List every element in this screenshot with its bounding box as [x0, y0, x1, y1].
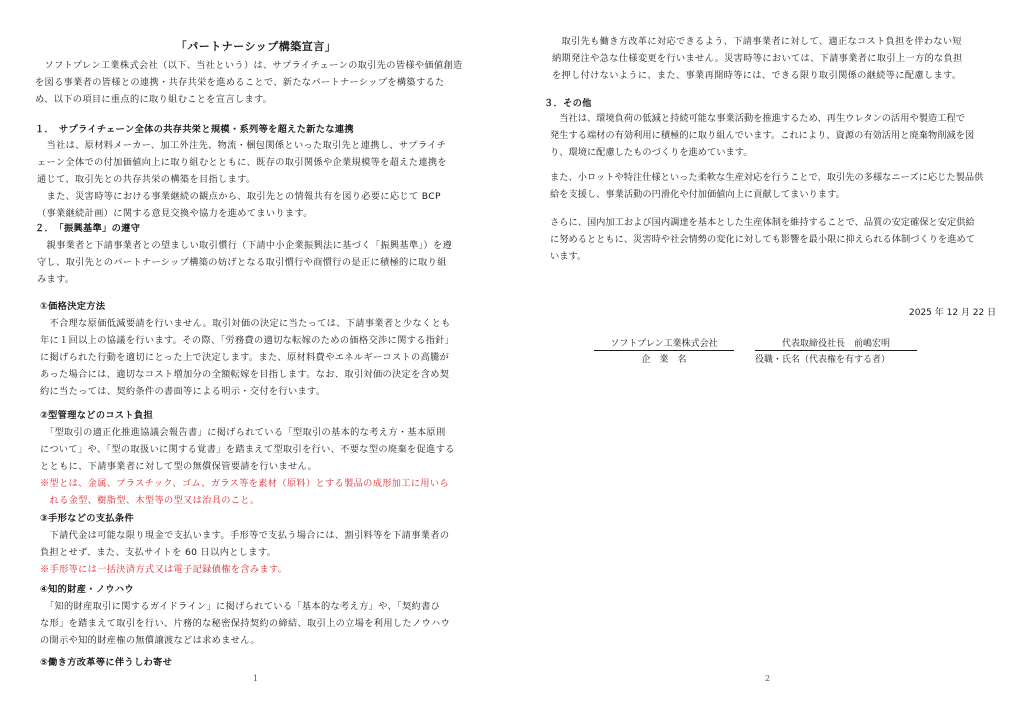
- item-3-heading: ③手形などの支払条件: [40, 510, 134, 527]
- section-2-line: みます。: [37, 271, 74, 288]
- section-2-line: 守し、取引先とのパートナーシップ構築の妨げとなる取引慣行や商慣行の是正に積極的に…: [37, 254, 447, 271]
- section-3-line: います。: [550, 248, 586, 265]
- item-5-line: を押し付けないように、また、事業再開時等には、できる限り取引関係の継続等に配慮し…: [552, 67, 961, 84]
- company-name-label: 企 業 名: [594, 352, 734, 365]
- item-1-line: 約に当たっては、契約条件の書面等による明示・交付を行います。: [40, 383, 325, 400]
- page-number: 1: [253, 674, 258, 683]
- item-2-line: について」や、「型の取扱いに関する覚書」を踏まえて型取引を行い、不要な型の廃棄を…: [40, 441, 455, 458]
- item-2-note: ※型とは、金属、プラスチック、ゴム、ガラス等を素材（原料）とする製品の成形加工に…: [40, 475, 449, 492]
- item-4-line: の開示や知的財産権の無償譲渡などは求めません。: [40, 632, 260, 649]
- section-3-line: に努めるとともに、災害時や社会情勢の変化に対しても影響を最小限に抑えられる体制づ…: [550, 231, 975, 248]
- item-1-line: に掲げられた行動を適切にとった上で決定します。また、原材料費やエネルギーコストの…: [40, 349, 449, 366]
- page-2: 取引先も働き方改革に対応できるよう、下請事業者に対して、適正なコスト負担を伴わな…: [512, 0, 1024, 724]
- declaration-date: 2025 年 12 月 22 日: [909, 305, 996, 318]
- item-1-line: あった場合には、適切なコスト増加分の全額転嫁を目指します。なお、取引対価の決定を…: [40, 366, 449, 383]
- section-1-heading: １． サプライチェーン全体の共存共栄と規模・系列等を超えた新たな連携: [35, 121, 354, 138]
- section-3-line: り、環境に配慮したものづくりを進めています。: [550, 144, 753, 161]
- section-1-line: ェーン全体での付加価値向上に取り組むとともに、既存の取引関係や企業規模等を超えた…: [37, 154, 447, 171]
- item-2-line: とともに、下請事業者に対して型の無償保管要請を行いません。: [40, 458, 317, 475]
- section-3-line: さらに、国内加工および国内調達を基本とした生産体制を維持することで、品質の安定確…: [550, 214, 975, 231]
- section-3-line: また、小ロットや特注仕様といった柔軟な生産対応を行うことで、取引先の多様なニーズ…: [550, 169, 983, 186]
- item-4-heading: ④知的財産・ノウハウ: [40, 581, 134, 598]
- intro-line: ソフトプレン工業株式会社（以下、当社という）は、サプライチェーンの取引先の皆様や…: [35, 57, 463, 74]
- item-4-line: 「知的財産取引に関するガイドライン」に掲げられている「基本的な考え方」や、「契約…: [40, 598, 440, 615]
- section-2-heading: ２． 「振興基準」の遵守: [35, 220, 140, 237]
- section-3-line: 発生する端材の有効利用に積極的に取り組んでいます。これにより、資源の有効活用と廃…: [550, 127, 974, 144]
- intro-line: を図る事業者の皆様との連携・共存共栄を進めることで、新たなパートナーシップを構築…: [35, 74, 445, 91]
- item-2-heading: ②型管理などのコスト負担: [40, 407, 153, 424]
- item-1-heading: ①価格決定方法: [40, 298, 105, 315]
- intro-line: め、以下の項目に重点的に取り組むことを宣言します。: [35, 91, 272, 108]
- section-3-line: 当社は、環境負荷の低減と持続可能な事業活動を推進するため、再生ウレタンの活用や製…: [550, 110, 965, 127]
- page-number: 2: [765, 674, 770, 683]
- section-2-line: 親事業者と下請事業者との望ましい取引慣行（下請中小企業振興法に基づく「振興基準」…: [37, 237, 452, 254]
- item-3-line: 負担とせず、また、支払サイトを 60 日以内とします。: [40, 544, 276, 561]
- item-1-line: 年に１回以上の協議を行います。その際、「労務費の適切な転嫁のための価格交渉に関す…: [40, 332, 454, 349]
- item-5-line: 納期発注や急な仕様変更を行いません。災害時等においては、下請事業者に取引上一方的…: [552, 50, 963, 67]
- item-3-line: 下請代金は可能な限り現金で支払います。手形等で支払う場合には、割引料等を下請事業…: [40, 527, 449, 544]
- item-5-line: 取引先も働き方改革に対応できるよう、下請事業者に対して、適正なコスト負担を伴わな…: [552, 33, 962, 50]
- item-4-line: な形」を踏まえて取引を行い、片務的な秘密保持契約の締結、取引上の立場を利用したノ…: [40, 615, 450, 632]
- representative-value: 代表取締役社長 前嶋宏明: [755, 336, 917, 351]
- item-3-note: ※手形等には一括決済方式又は電子記録債権を含みます。: [40, 561, 287, 578]
- section-3-line: 給を支援し、事業活動の円滑化や付加価値向上に貢献してまいります。: [550, 186, 845, 203]
- item-2-note: れる金型、樹脂型、木型等の型又は治具のこと。: [40, 492, 259, 509]
- item-5-heading: ⑤働き方改革等に伴うしわ寄せ: [40, 654, 172, 671]
- company-name-value: ソフトプレン工業株式会社: [594, 336, 734, 351]
- page-1: 「パートナーシップ構築宣言」 ソフトプレン工業株式会社（以下、当社という）は、サ…: [0, 0, 512, 724]
- item-2-line: 「型取引の適正化推進協議会報告書」に掲げられている「型取引の基本的な考え方・基本…: [40, 424, 446, 441]
- representative-label: 役職・氏名（代表権を有する者）: [755, 352, 890, 365]
- document-title: 「パートナーシップ構築宣言」: [0, 38, 512, 54]
- section-1-line: また、災害時等における事業継続の観点から、取引先との情報共有を図り必要に応じて …: [37, 188, 441, 205]
- item-1-line: 不合理な原価低減要請を行いません。取引対価の決定に当たっては、下請事業者と少なく…: [40, 315, 451, 332]
- section-1-line: 通じて、取引先との共存共栄の構築を目指します。: [37, 171, 255, 188]
- section-1-line: 当社は、原材料メーカー、加工外注先、物流・梱包関係といった取引先と連携し、サプラ…: [37, 137, 446, 154]
